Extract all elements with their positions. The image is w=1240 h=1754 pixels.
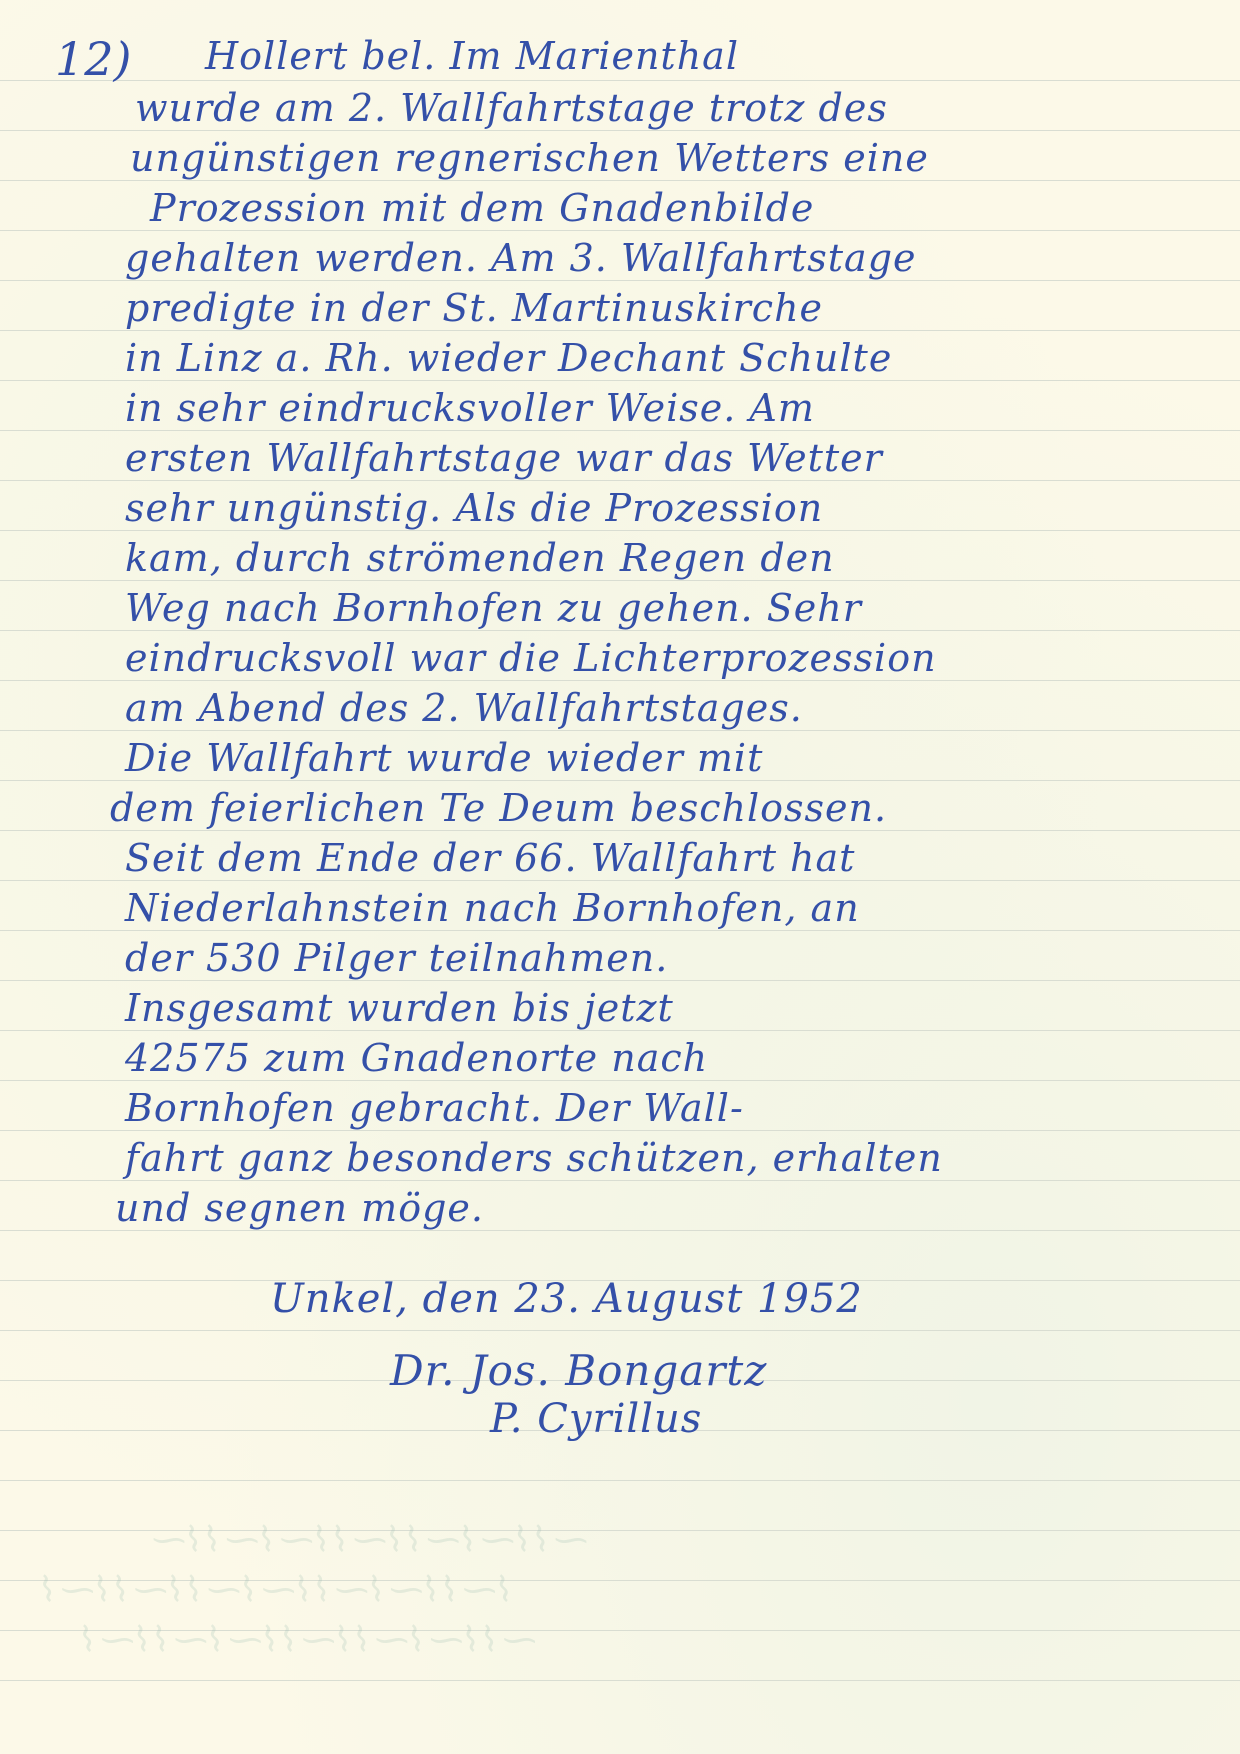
ruled-line xyxy=(0,430,1240,431)
show-through-text: ⁓⌇⌇⁓⌇⁓⌇⌇⁓⌇⌇⁓⌇⁓⌇⌇⁓ xyxy=(150,1520,588,1560)
paper-page: ⁓⌇⌇⁓⌇⁓⌇⌇⁓⌇⌇⁓⌇⁓⌇⌇⁓ ⌇⁓⌇⌇⁓⌇⁓⌇⌇⁓⌇⁓⌇⌇⁓⌇⌇⁓⌇ ⁓⌇… xyxy=(0,0,1240,1754)
handwritten-line: Bornhofen gebracht. Der Wall- xyxy=(125,1086,744,1130)
handwritten-line: eindrucksvoll war die Lichterprozession xyxy=(125,636,937,680)
ruled-line xyxy=(0,830,1240,831)
ruled-line xyxy=(0,780,1240,781)
handwritten-line: wurde am 2. Wallfahrtstage trotz des xyxy=(135,86,888,130)
ruled-line xyxy=(0,680,1240,681)
signature-name: Dr. Jos. Bongartz xyxy=(390,1346,767,1395)
handwritten-line: Niederlahnstein nach Bornhofen, an xyxy=(125,886,860,930)
ruled-line xyxy=(0,1680,1240,1681)
signature-title: P. Cyrillus xyxy=(490,1396,702,1442)
handwritten-line: Hollert bel. Im Marienthal xyxy=(205,34,739,78)
handwritten-line: kam, durch strömenden Regen den xyxy=(125,536,835,580)
ruled-line xyxy=(0,380,1240,381)
ruled-line xyxy=(0,1180,1240,1181)
ruled-line xyxy=(0,280,1240,281)
handwritten-line: und segnen möge. xyxy=(115,1186,484,1230)
handwritten-line: 42575 zum Gnadenorte nach xyxy=(125,1036,708,1080)
handwritten-line: ungünstigen regnerischen Wetters eine xyxy=(130,136,929,180)
ruled-line xyxy=(0,1080,1240,1081)
handwritten-line: gehalten werden. Am 3. Wallfahrtstage xyxy=(125,236,917,280)
show-through-text: ⁓⌇⌇⁓⌇⁓⌇⌇⁓⌇⌇⁓⌇⁓⌇⌇⁓⌇ xyxy=(80,1620,537,1660)
ruled-line xyxy=(0,580,1240,581)
ruled-line xyxy=(0,330,1240,331)
ruled-line xyxy=(0,230,1240,231)
handwritten-line: in sehr eindrucksvoller Weise. Am xyxy=(125,386,815,430)
ruled-line xyxy=(0,80,1240,81)
handwritten-line: der 530 Pilger teilnahmen. xyxy=(125,936,668,980)
ruled-line xyxy=(0,1330,1240,1331)
ruled-line xyxy=(0,880,1240,881)
handwritten-line: sehr ungünstig. Als die Prozession xyxy=(125,486,823,530)
handwritten-line: Die Wallfahrt wurde wieder mit xyxy=(125,736,763,780)
handwritten-line: in Linz a. Rh. wieder Dechant Schulte xyxy=(125,336,892,380)
ruled-line xyxy=(0,480,1240,481)
ruled-line xyxy=(0,1230,1240,1231)
ruled-line xyxy=(0,130,1240,131)
handwritten-line: dem feierlichen Te Deum beschlossen. xyxy=(110,786,887,830)
ruled-line xyxy=(0,730,1240,731)
show-through-text: ⌇⁓⌇⌇⁓⌇⁓⌇⌇⁓⌇⁓⌇⌇⁓⌇⌇⁓⌇ xyxy=(40,1570,515,1610)
ruled-line xyxy=(0,1480,1240,1481)
ruled-line xyxy=(0,630,1240,631)
handwritten-line: Seit dem Ende der 66. Wallfahrt hat xyxy=(125,836,855,880)
ruled-line xyxy=(0,930,1240,931)
ruled-line xyxy=(0,1030,1240,1031)
handwritten-line: ersten Wallfahrtstage war das Wetter xyxy=(125,436,883,480)
handwritten-line: am Abend des 2. Wallfahrtstages. xyxy=(125,686,803,730)
handwritten-line: predigte in der St. Martinuskirche xyxy=(125,286,823,330)
handwritten-line: Weg nach Bornhofen zu gehen. Sehr xyxy=(125,586,862,630)
handwritten-line: Insgesamt wurden bis jetzt xyxy=(125,986,674,1030)
ruled-line xyxy=(0,530,1240,531)
handwritten-line: Prozession mit dem Gnadenbilde xyxy=(150,186,814,230)
ruled-line xyxy=(0,980,1240,981)
ruled-line xyxy=(0,1130,1240,1131)
ruled-line xyxy=(0,180,1240,181)
place-and-date: Unkel, den 23. August 1952 xyxy=(270,1276,863,1322)
item-number: 12) xyxy=(55,32,131,86)
handwritten-line: fahrt ganz besonders schützen, erhalten xyxy=(125,1136,943,1180)
